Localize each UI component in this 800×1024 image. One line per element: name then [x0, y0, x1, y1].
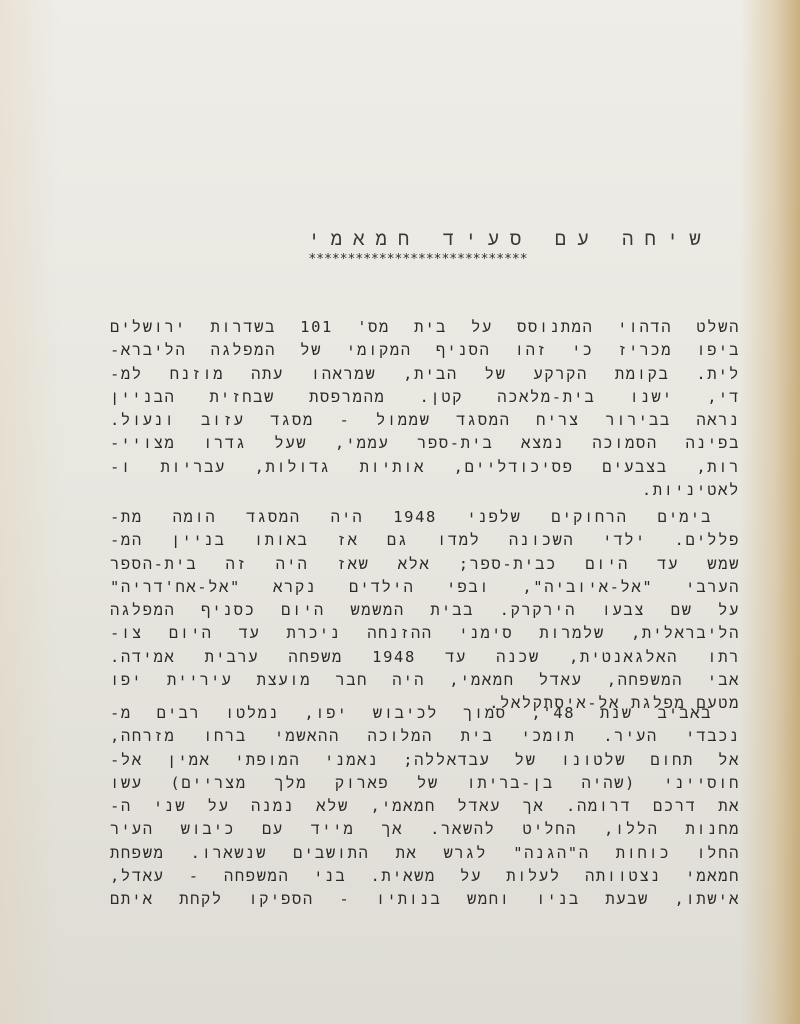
text-line: אישתו, שבעת בניו וחמש בנותיו - הספיקו לק… — [110, 888, 740, 911]
text-line: אל תחום שלטונו של עבדאללה; נאמני המופתי … — [110, 749, 740, 772]
text-line: את דרכם דרומה. אך עאדל חמאמי, שלא נמנה ע… — [110, 795, 740, 818]
text-line: בימים הרחוקים שלפני 1948 היה המסגד הומה … — [110, 506, 740, 529]
text-line: שמש עד היום כבית-ספר; אלא שאז היה זה בית… — [110, 553, 740, 576]
paragraph-2: בימים הרחוקים שלפני 1948 היה המסגד הומה … — [110, 506, 740, 716]
title-asterisk-underline: **************************** — [198, 252, 638, 267]
paragraph-3: באביב שנת 48', סמוך לכיבוש יפו, נמלטו רב… — [110, 702, 740, 912]
text-line: נראה בבירור צריח המסגד שממול - מסגד עזוב… — [110, 409, 740, 432]
text-line: לאטיניות. — [110, 479, 740, 502]
text-line: החלו כוחות ה"הגנה" לגרש את התושבים שנשאר… — [110, 842, 740, 865]
paragraph-1: השלט הדהוי המתנוסס על בית מס' 101 בשדרות… — [110, 316, 740, 502]
text-line: בפינה הסמוכה נמצא בית-ספר עממי, שעל גדרו… — [110, 432, 740, 455]
text-line: השלט הדהוי המתנוסס על בית מס' 101 בשדרות… — [110, 316, 740, 339]
text-line: מחנות הללו, החליט להשאר. אך מייד עם כיבו… — [110, 818, 740, 841]
text-line: רות, בצבעים פסיכודליים, אותיות גדולות, ע… — [110, 456, 740, 479]
text-line: פללים. ילדי השכונה למדו גם אז באותו בניי… — [110, 529, 740, 552]
text-line: נכבדי העיר. תומכי בית המלוכה ההאשמי ברחו… — [110, 725, 740, 748]
text-line: חמאמי נצטוותה לעלות על משאית. בני המשפחה… — [110, 865, 740, 888]
text-line: חוסייני (שהיה בן-בריתו של פארוק מלך מצרי… — [110, 772, 740, 795]
text-line: אבי המשפחה, עאדל חמאמי, היה חבר מועצת עי… — [110, 669, 740, 692]
text-line: הערבי "אל-איוביה", ובפי הילדים נקרא "אל-… — [110, 576, 740, 599]
text-line: הליבראלית, שלמרות סימני ההזנחה ניכרת עד … — [110, 622, 740, 645]
scanned-page: שיחה עם סעיד חמאמי *********************… — [0, 0, 800, 1024]
text-line: באביב שנת 48', סמוך לכיבוש יפו, נמלטו רב… — [110, 702, 740, 725]
text-line: די, ישנו בית-מלאכה קטן. מהמרפסת שבחזית ה… — [110, 386, 740, 409]
text-line: רתו האלגאנטית, שכנה עד 1948 משפחה ערבית … — [110, 646, 740, 669]
text-line: ביפו מכריז כי זהו הסניף המקומי של המפלגה… — [110, 339, 740, 362]
text-line: על שם צבעו הירקרק. בבית המשמש היום כסניף… — [110, 599, 740, 622]
text-line: לית. בקומת הקרקע של הבית, שמראהו עתה מוז… — [110, 363, 740, 386]
document-title: שיחה עם סעיד חמאמי — [280, 228, 740, 251]
